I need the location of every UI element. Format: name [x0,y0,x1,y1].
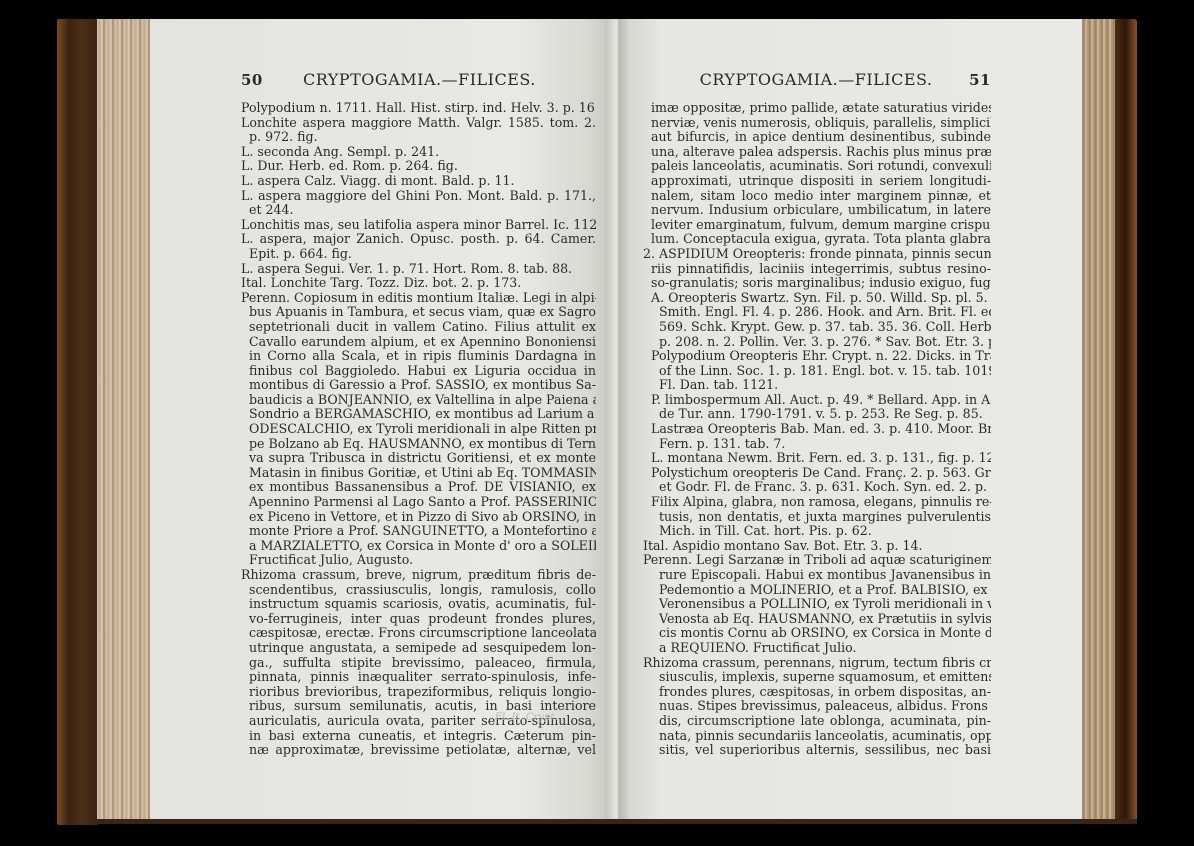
text-line: næ approximatæ, brevissime petiolatæ, al… [241,743,596,758]
text-line: so-granulatis; soris marginalibus; indus… [643,276,991,291]
text-line: Perenn. Legi Sarzanæ in Triboli ad aquæ … [643,553,991,568]
text-line: Fructificat Julio, Augusto. [241,553,596,568]
right-cover-binding [1115,19,1137,823]
text-line: Lonchitis mas, seu latifolia aspera mino… [241,218,596,233]
text-line: sitis, vel superioribus alternis, sessil… [643,743,991,758]
text-line: Lonchite aspera maggiore Matth. Valgr. 1… [241,116,596,131]
text-line: Epit. p. 664. fig. [241,247,596,262]
right-page-edges [1082,19,1118,819]
text-line: ex montibus Bassanensibus a Prof. DE VIS… [241,480,596,495]
text-line: cæspitosæ, erectæ. Frons circumscription… [241,626,596,641]
text-line: leviter emarginatum, fulvum, demum margi… [643,218,991,233]
text-line: Polypodium Oreopteris Ehr. Crypt. n. 22.… [643,349,991,364]
left-cover-binding [57,19,98,825]
text-line: vo-ferrugineis, inter quas prodeunt fron… [241,612,596,627]
text-line: Mich. in Till. Cat. hort. Pis. p. 62. [643,524,991,539]
text-line: montibus di Garessio a Prof. SASSIO, ex … [241,378,596,393]
text-line: instructum squamis scariosis, ovatis, ac… [241,597,596,612]
left-page-text: 50 CRYPTOGAMIA.—FILICES. Polypodium n. 1… [241,73,596,758]
right-page-header: CRYPTOGAMIA.—FILICES. 51 [643,73,991,97]
left-page-body: Polypodium n. 1711. Hall. Hist. stirp. i… [241,101,596,758]
text-line: de Tur. ann. 1790-1791. v. 5. p. 253. Re… [643,407,991,422]
text-line: Rhizoma crassum, breve, nigrum, præditum… [241,568,596,583]
page-number: 50 [241,73,263,88]
text-line: 569. Schk. Krypt. Gew. p. 37. tab. 35. 3… [643,320,991,335]
text-line: Smith. Engl. Fl. 4. p. 286. Hook. and Ar… [643,305,991,320]
text-line: ODESCALCHIO, ex Tyroli meridionali in al… [241,422,596,437]
text-line: tusis, non dentatis, et juxta margines p… [643,510,991,525]
text-line: a REQUIENO. Fructificat Julio. [643,641,991,656]
text-line: L. Dur. Herb. ed. Rom. p. 264. fig. [241,159,596,174]
text-line: rioribus brevioribus, trapeziformibus, r… [241,685,596,700]
text-line: dis, circumscriptione late oblonga, acum… [643,714,991,729]
text-line: scendentibus, crassiusculis, longis, ram… [241,583,596,598]
text-line: nata, pinnis secundariis lanceolatis, ac… [643,729,991,744]
text-line: monte Priore a Prof. SANGUINETTO, a Mont… [241,524,596,539]
text-line: rure Episcopali. Habui ex montibus Javan… [643,568,991,583]
text-line: riis pinnatifidis, laciniis integerrimis… [643,262,991,277]
text-line: in basi externa cuneatis, et integris. C… [241,729,596,744]
text-line: et Godr. Fl. de Franc. 3. p. 631. Koch. … [643,480,991,495]
text-line: siusculis, implexis, superne squamosum, … [643,670,991,685]
text-line: baudicis a BONJEANNIO, ex Valtellina in … [241,393,596,408]
book-gutter [605,19,631,819]
text-line: nuas. Stipes brevissimus, paleaceus, alb… [643,699,991,714]
text-line: Ital. Aspidio montano Sav. Bot. Etr. 3. … [643,539,991,554]
text-line: approximati, utrinque dispositi in serie… [643,174,991,189]
text-line: Cavallo earundem alpium, et ex Apennino … [241,335,596,350]
text-line: nerviæ, venis numerosis, obliquis, paral… [643,116,991,131]
page-number: 51 [969,73,991,88]
text-line: in Corno alla Scala, et in ripis flumini… [241,349,596,364]
text-line: finibus col Baggioledo. Habui ex Liguria… [241,364,596,379]
text-line: Apennino Parmensi al Lago Santo a Prof. … [241,495,596,510]
text-line: L. aspera Segui. Ver. 1. p. 71. Hort. Ro… [241,262,596,277]
text-line: L. seconda Ang. Sempl. p. 241. [241,145,596,160]
text-line: Lastræa Oreopteris Bab. Man. ed. 3. p. 4… [643,422,991,437]
text-line: va supra Tribusca in districtu Goritiens… [241,451,596,466]
text-line: aut bifurcis, in apice dentium desinenti… [643,130,991,145]
right-page-text: CRYPTOGAMIA.—FILICES. 51 imæ oppositæ, p… [643,73,991,758]
text-line: Matasin in finibus Goritiæ, et Utini ab … [241,466,596,481]
text-line: L. aspera maggiore del Ghini Pon. Mont. … [241,189,596,204]
text-line: ex Piceno in Vettore, et in Pizzo di Siv… [241,510,596,525]
text-line: Fl. Dan. tab. 1121. [643,378,991,393]
text-line: a MARZIALETTO, ex Corsica in Monte d' or… [241,539,596,554]
text-line: A. Oreopteris Swartz. Syn. Fil. p. 50. W… [643,291,991,306]
text-line: imæ oppositæ, primo pallide, ætate satur… [643,101,991,116]
text-line: p. 208. n. 2. Pollin. Ver. 3. p. 276. * … [643,335,991,350]
running-head: CRYPTOGAMIA.—FILICES. [643,73,969,88]
left-page-header: 50 CRYPTOGAMIA.—FILICES. [241,73,596,97]
text-line: Polypodium n. 1711. Hall. Hist. stirp. i… [241,101,596,116]
right-page-body: imæ oppositæ, primo pallide, ætate satur… [643,101,991,758]
text-line: Venosta ab Eq. HAUSMANNO, ex Prætutiis i… [643,612,991,627]
text-line: L. aspera Calz. Viagg. di mont. Bald. p.… [241,174,596,189]
text-line: Filix Alpina, glabra, non ramosa, elegan… [643,495,991,510]
text-line: et 244. [241,203,596,218]
text-line: of the Linn. Soc. 1. p. 181. Engl. bot. … [643,364,991,379]
text-line: Pedemontio a MOLINERIO, et a Prof. BALBI… [643,583,991,598]
text-line: septetrionali ducit in vallem Catino. Fi… [241,320,596,335]
text-line: pe Bolzano ab Eq. HAUSMANNO, ex montibus… [241,437,596,452]
text-line: nalem, sitam loco medio inter marginem p… [643,189,991,204]
signature-mark: Fl. It. Crypt. [495,712,558,723]
text-line: bus Apuanis in Tambura, et secus viam, q… [241,305,596,320]
text-line: 2. ASPIDIUM Oreopteris: fronde pinnata, … [643,247,991,262]
text-line: cis montis Cornu ab ORSINO, ex Corsica i… [643,626,991,641]
text-line: L. montana Newm. Brit. Fern. ed. 3. p. 1… [643,451,991,466]
text-line: Polystichum oreopteris De Cand. Franç. 2… [643,466,991,481]
text-line: frondes plures, cæspitosas, in orbem dis… [643,685,991,700]
text-line: ga., suffulta stipite brevissimo, paleac… [241,656,596,671]
text-line: p. 972. fig. [241,130,596,145]
text-line: paleis lanceolatis, acuminatis. Sori rot… [643,159,991,174]
left-page-edges [97,19,152,819]
text-line: Veronensibus a POLLINIO, ex Tyroli merid… [643,597,991,612]
text-line: utrinque angustata, a semipede ad sesqui… [241,641,596,656]
text-line: Fern. p. 131. tab. 7. [643,437,991,452]
text-line: Rhizoma crassum, perennans, nigrum, tect… [643,656,991,671]
running-head: CRYPTOGAMIA.—FILICES. [263,73,596,88]
text-line: L. aspera, major Zanich. Opusc. posth. p… [241,232,596,247]
text-line: lum. Conceptacula exigua, gyrata. Tota p… [643,232,991,247]
bottom-binding-edge [97,819,1137,824]
text-line: Ital. Lonchite Targ. Tozz. Diz. bot. 2. … [241,276,596,291]
text-line: P. limbospermum All. Auct. p. 49. * Bell… [643,393,991,408]
text-line: nervum. Indusium orbiculare, umbilicatum… [643,203,991,218]
text-line: Perenn. Copiosum in editis montium Itali… [241,291,596,306]
text-line: pinnata, pinnis inæqualiter serrato-spin… [241,670,596,685]
text-line: Sondrio a BERGAMASCHIO, ex montibus ad L… [241,407,596,422]
text-line: una, alterave palea adspersis. Rachis pl… [643,145,991,160]
